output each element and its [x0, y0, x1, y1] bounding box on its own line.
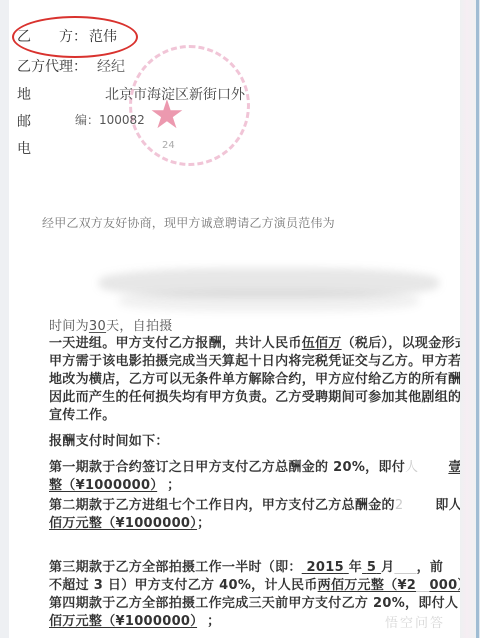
- right-frame: [460, 0, 477, 638]
- address-row: 地北京市海淀区新街口外: [17, 84, 31, 104]
- highlight-ellipse: [12, 16, 138, 58]
- phone-label: 电: [17, 138, 31, 158]
- body-line-4: 地改为横店，乙方可以无条件单方解除合约，甲方应付给乙方的所有酬: [49, 368, 460, 387]
- watermark: 悟空问答: [385, 612, 445, 631]
- body-line-5: 因此而产生的任何损失均有甲方负责。乙方受聘期间可参加其他剧组的: [49, 386, 460, 405]
- phone-row: 电24: [17, 138, 31, 158]
- body-line-6: 宣传工作。: [49, 404, 116, 423]
- postcode-label: 邮: [17, 111, 31, 131]
- agent-label: 乙方代理：: [17, 56, 87, 76]
- body-line-2: 一天进组。甲方支付乙方报酬，共计人民币伍佰万（税后），以现金形式: [49, 332, 460, 351]
- payment-4-line-2: 佰万元整（¥1000000）；: [49, 610, 220, 629]
- phone-value: 24: [162, 140, 175, 151]
- agent-row: 乙方代理：经纪: [17, 56, 87, 76]
- address-value: 北京市海淀区新街口外: [105, 84, 245, 104]
- left-frame: [0, 0, 9, 638]
- agent-value: 经纪: [97, 56, 125, 76]
- redacted-smudge: [119, 290, 419, 312]
- address-label: 地: [17, 84, 31, 104]
- payment-3-line-2: 不超过 3 日）甲方支付乙方 40%，计人民币两佰万元整（¥2 000）: [49, 574, 460, 593]
- postcode-row: 邮编：100082: [17, 111, 31, 131]
- payment-heading: 报酬支付时间如下：: [49, 430, 169, 449]
- intro-line: 经甲乙双方友好协商，现甲方诚意聘请乙方演员范伟为: [42, 214, 335, 231]
- payment-3-line-1: 第三期款于乙方全部拍摄工作一半时（即： 2015 年 5 月 ，前: [49, 556, 443, 575]
- payment-4-line-1: 第四期款于乙方全部拍摄工作完成三天前甲方支付乙方 20%，即付人: [49, 592, 458, 611]
- payment-1-line-2: 整（¥1000000）；: [49, 474, 180, 493]
- seal-stamp: [129, 45, 250, 166]
- payment-2-line-2: 佰万元整（¥1000000）；: [49, 512, 210, 531]
- payment-2-line-1: 第二期款于乙方进组七个工作日内，甲方支付乙方总酬金的2即人: [49, 494, 460, 513]
- contract-page: ★ 乙 方：范伟 乙方代理：经纪 地北京市海淀区新街口外 邮编：100082 电…: [9, 0, 460, 638]
- payment-1-line-1: 第一期款于合约签订之日甲方支付乙方总酬金的 20%，即付人壹: [49, 456, 460, 475]
- body-line-3: 甲方需于该电影拍摄完成当天算起十日内将完税凭证交与乙方。甲方若: [49, 350, 460, 369]
- postcode-value: 编：100082: [75, 111, 145, 128]
